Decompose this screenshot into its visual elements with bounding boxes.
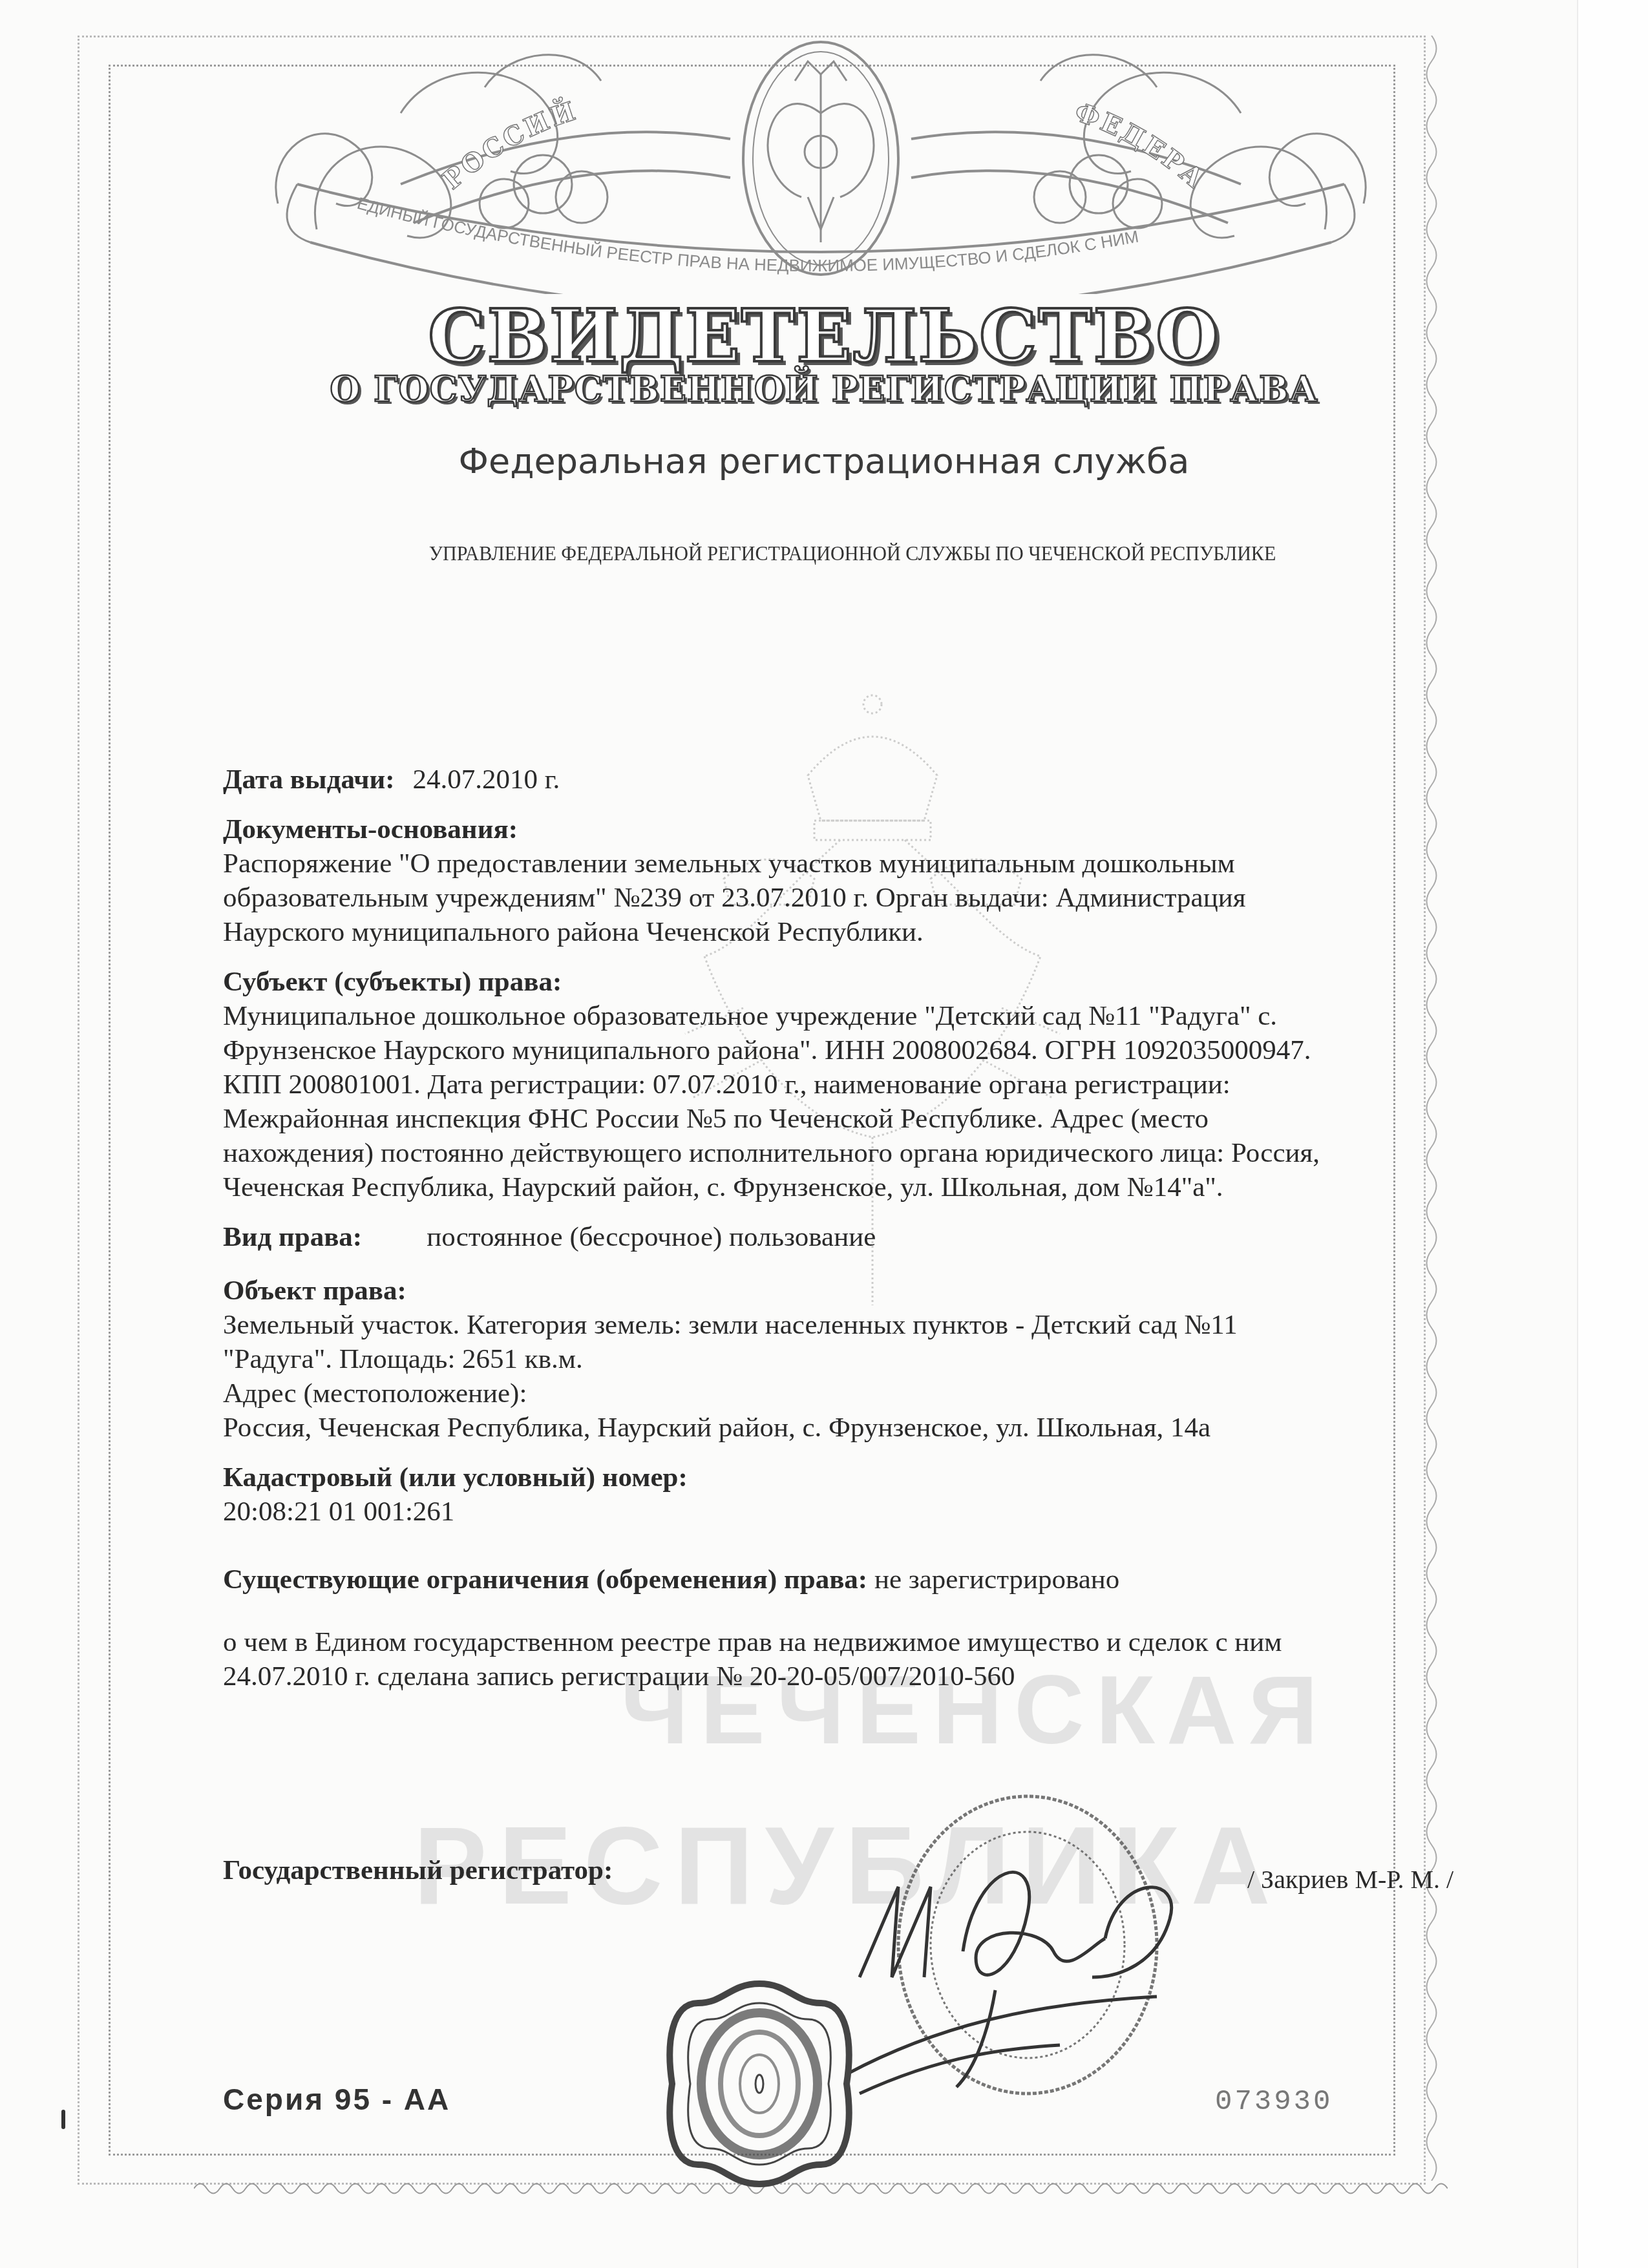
object-line: Адрес (местоположение): bbox=[223, 1376, 1528, 1411]
basis-documents-line: Распоряжение "О предоставлении земельных… bbox=[223, 846, 1528, 881]
certificate-title: СВИДЕТЕЛЬСТВО bbox=[0, 294, 1648, 379]
registry-record-section: о чем в Едином государственном реестре п… bbox=[223, 1625, 1528, 1694]
subject-line: нахождения) постоянно действующего испол… bbox=[223, 1136, 1528, 1170]
object-line: "Радуга". Площадь: 2651 кв.м. bbox=[223, 1342, 1528, 1376]
basis-documents-line: Наурского муниципального района Чеченско… bbox=[223, 915, 1528, 949]
object-line: Россия, Чеченская Республика, Наурский р… bbox=[223, 1411, 1528, 1445]
cadastral-label: Кадастровый (или условный) номер: bbox=[223, 1460, 1528, 1495]
header-banner: РОССИЙСКАЯ ФЕДЕРАЦИЯ ЕДИНЫЙ ГОСУДАРСТВЕН… bbox=[239, 36, 1402, 294]
subject-label: Субъект (субъекты) права: bbox=[223, 965, 1528, 999]
certificate-subtitle: О ГОСУДАРСТВЕННОЙ РЕГИСТРАЦИИ ПРАВА bbox=[0, 368, 1648, 410]
certificate-body: Дата выдачи:24.07.2010 г. Документы-осно… bbox=[223, 762, 1528, 1709]
banner-ribbon-text: ЕДИНЫЙ ГОСУДАРСТВЕННЫЙ РЕЕСТР ПРАВ НА НЕ… bbox=[355, 193, 1140, 275]
encumbrances-label: Существующие ограничения (обременения) п… bbox=[223, 1564, 867, 1595]
right-type-value: постоянное (бессрочное) пользование bbox=[427, 1222, 876, 1252]
subject-line: Муниципальное дошкольное образовательное… bbox=[223, 999, 1528, 1033]
banner-ornament: РОССИЙСКАЯ ФЕДЕРАЦИЯ ЕДИНЫЙ ГОСУДАРСТВЕН… bbox=[239, 36, 1402, 294]
basis-documents-label: Документы-основания: bbox=[223, 812, 1528, 846]
registrar-label: Государственный регистратор: bbox=[223, 1854, 613, 1886]
object-line: Земельный участок. Категория земель: зем… bbox=[223, 1308, 1528, 1342]
subject-section: Субъект (субъекты) права: Муниципальное … bbox=[223, 965, 1528, 1204]
basis-documents-section: Документы-основания: Распоряжение "О пре… bbox=[223, 812, 1528, 949]
registry-record-line: о чем в Едином государственном реестре п… bbox=[223, 1625, 1528, 1659]
subject-line: Фрунзенское Наурского муниципального рай… bbox=[223, 1033, 1528, 1067]
service-name: Федеральная регистрационная служба bbox=[0, 441, 1648, 481]
subject-line: КПП 200801001. Дата регистрации: 07.07.2… bbox=[223, 1067, 1528, 1102]
official-seal bbox=[847, 1783, 1183, 2106]
object-section: Объект права: Земельный участок. Категор… bbox=[223, 1274, 1528, 1445]
encumbrances-value: не зарегистрировано bbox=[874, 1564, 1119, 1595]
cadastral-section: Кадастровый (или условный) номер: 20:08:… bbox=[223, 1460, 1528, 1529]
right-type-label: Вид права: bbox=[223, 1222, 362, 1252]
security-rosette bbox=[659, 1977, 860, 2190]
encumbrances-row: Существующие ограничения (обременения) п… bbox=[223, 1562, 1528, 1597]
guilloche-icon bbox=[659, 1977, 860, 2190]
scan-mark bbox=[61, 2110, 65, 2129]
office-name: УПРАВЛЕНИЕ ФЕДЕРАЛЬНОЙ РЕГИСТРАЦИОННОЙ С… bbox=[336, 541, 1369, 565]
issue-date-value: 24.07.2010 г. bbox=[413, 764, 560, 795]
issue-date-row: Дата выдачи:24.07.2010 г. bbox=[223, 762, 1528, 797]
registrar-name: / Закриев М-Р. М. / bbox=[1247, 1864, 1453, 1895]
cadastral-value: 20:08:21 01 001:261 bbox=[223, 1495, 1528, 1529]
subject-line: Чеченская Республика, Наурский район, с.… bbox=[223, 1170, 1528, 1204]
banner-left-text: РОССИЙСКАЯ bbox=[239, 36, 582, 195]
series-label: Серия 95 - АА bbox=[223, 2082, 450, 2117]
object-label: Объект права: bbox=[223, 1274, 1528, 1308]
right-type-row: Вид права:постоянное (бессрочное) пользо… bbox=[223, 1220, 1528, 1254]
serial-number: 073930 bbox=[1215, 2086, 1333, 2118]
basis-documents-line: образовательным учреждениям" №239 от 23.… bbox=[223, 881, 1528, 915]
issue-date-label: Дата выдачи: bbox=[223, 764, 395, 795]
seal-icon bbox=[847, 1783, 1183, 2106]
registry-record-line: 24.07.2010 г. сделана запись регистрации… bbox=[223, 1659, 1528, 1694]
subject-line: Межрайонная инспекция ФНС России №5 по Ч… bbox=[223, 1102, 1528, 1136]
